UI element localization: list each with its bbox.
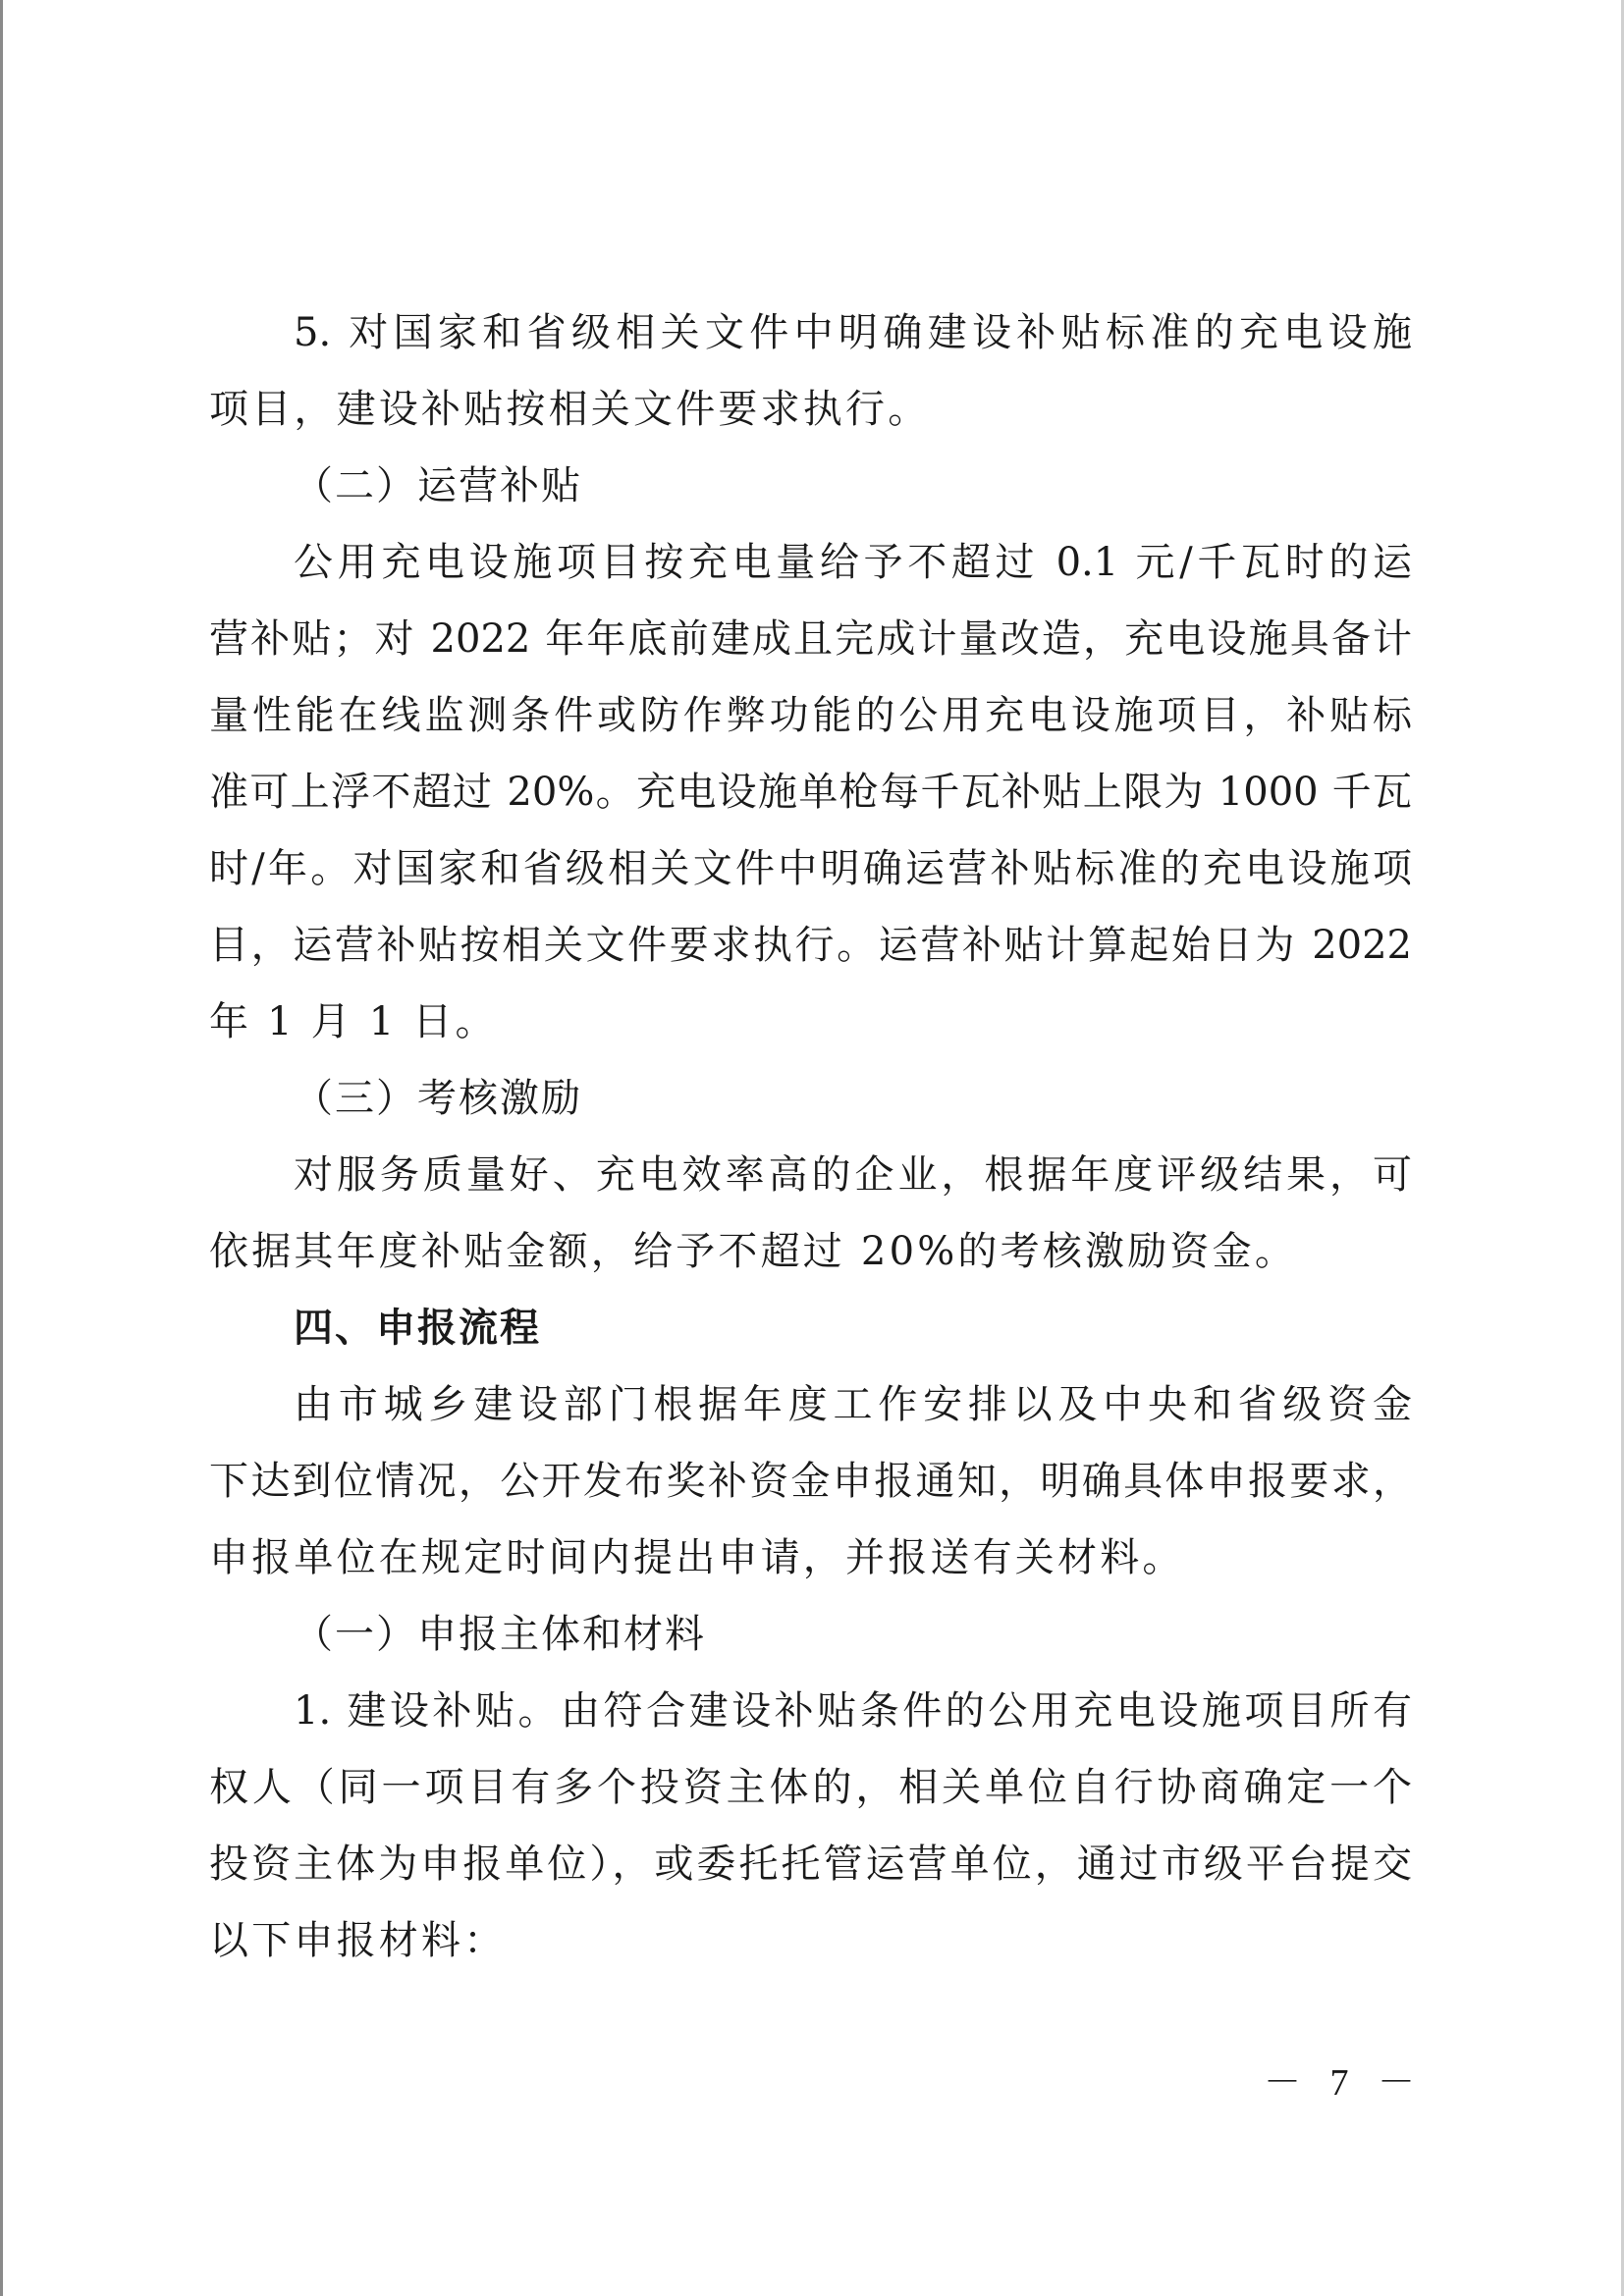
paragraph-line: 投资主体为申报单位），或委托托管运营单位，通过市级平台提交 <box>209 1826 1412 1902</box>
paragraph-line: 时/年。对国家和省级相关文件中明确运营补贴标准的充电设施项 <box>209 830 1412 907</box>
paragraph-line: 目，运营补贴按相关文件要求执行。运营补贴计算起始日为 2022 <box>209 907 1412 984</box>
paragraph-line: 权人（同一项目有多个投资主体的，相关单位自行协商确定一个 <box>209 1749 1412 1826</box>
document-page: 5. 对国家和省级相关文件中明确建设补贴标准的充电设施 项目，建设补贴按相关文件… <box>209 294 1412 1979</box>
subheading-assessment-incentive: （三）考核激励 <box>209 1060 1412 1137</box>
paragraph-line: 由市城乡建设部门根据年度工作安排以及中央和省级资金 <box>209 1366 1412 1443</box>
paragraph-line: 1. 建设补贴。由符合建设补贴条件的公用充电设施项目所有 <box>209 1673 1412 1749</box>
paragraph-line: 5. 对国家和省级相关文件中明确建设补贴标准的充电设施 <box>209 294 1412 371</box>
paragraph-line: 量性能在线监测条件或防作弊功能的公用充电设施项目，补贴标 <box>209 677 1412 754</box>
paragraph-line: 准可上浮不超过 20%。充电设施单枪每千瓦补贴上限为 1000 千瓦 <box>209 754 1412 830</box>
paragraph-line: 下达到位情况，公开发布奖补资金申报通知，明确具体申报要求， <box>209 1443 1412 1520</box>
paragraph-line: 申报单位在规定时间内提出申请，并报送有关材料。 <box>209 1520 1412 1596</box>
paragraph-line: 项目，建设补贴按相关文件要求执行。 <box>209 371 1412 448</box>
page-number: － 7 － <box>1264 2052 1425 2106</box>
paragraph-line: 依据其年度补贴金额，给予不超过 20%的考核激励资金。 <box>209 1213 1412 1290</box>
paragraph-line: 对服务质量好、充电效率高的企业，根据年度评级结果，可 <box>209 1137 1412 1213</box>
heading-application-process: 四、申报流程 <box>209 1290 1412 1366</box>
paragraph-line: 以下申报材料： <box>209 1902 1412 1979</box>
scan-left-border <box>0 0 3 2296</box>
paragraph-line: 公用充电设施项目按充电量给予不超过 0.1 元/千瓦时的运 <box>209 524 1412 601</box>
subheading-applicant-and-materials: （一）申报主体和材料 <box>209 1596 1412 1673</box>
subheading-operating-subsidy: （二）运营补贴 <box>209 448 1412 524</box>
paragraph-line: 年 1 月 1 日。 <box>209 984 1412 1060</box>
paragraph-line: 营补贴；对 2022 年年底前建成且完成计量改造，充电设施具备计 <box>209 601 1412 677</box>
